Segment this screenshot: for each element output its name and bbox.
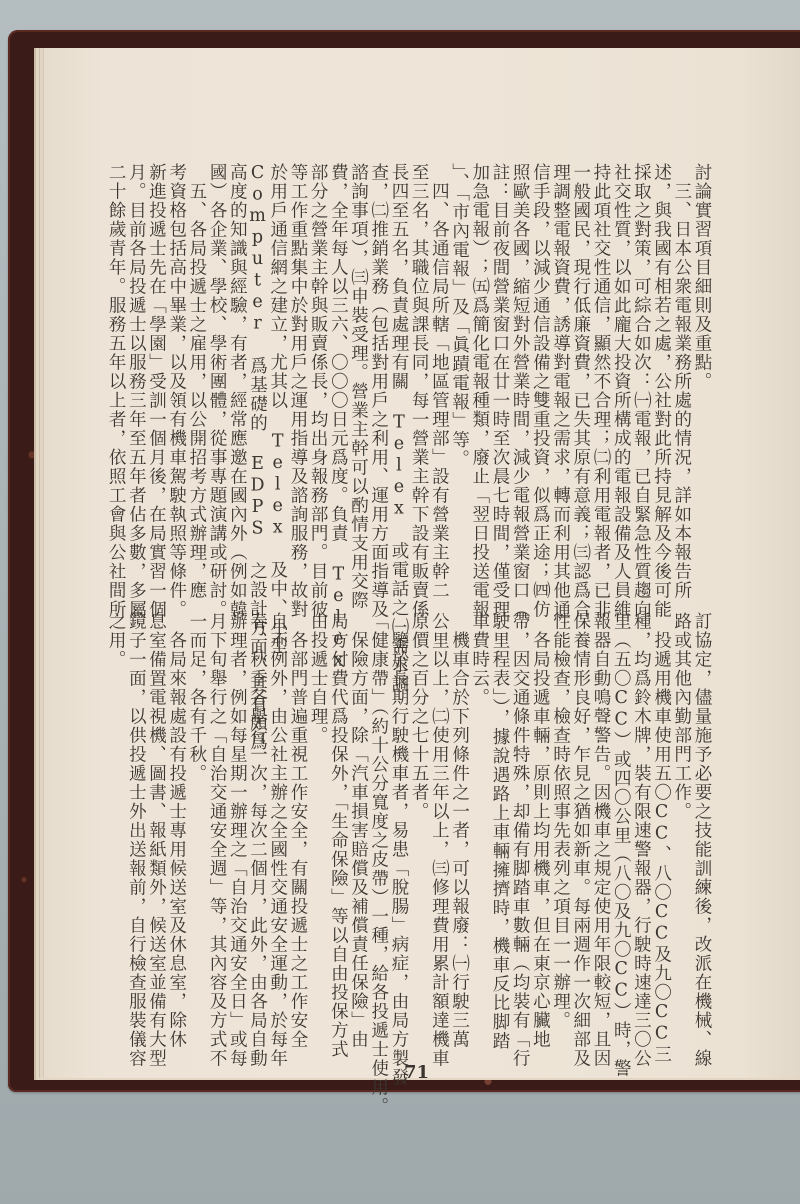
text-column: 討論實習項目細則及重點。 — [692, 163, 712, 593]
text-column: 各局來報處設有投遞士專用候送室及休息室，除休 — [167, 612, 187, 1052]
text-column: 考資格包括高中畢業，以及領有機車駕駛執照等條件。 — [167, 163, 187, 593]
text-column: 一而足，各有千秋。 — [187, 612, 207, 1052]
text-column: 」、「市內電報」及「眞蹟電報」等。 — [449, 163, 469, 593]
text-column: 帶，因交通條件特殊，却備有脚踏車數輛（均裝有「行 — [510, 612, 530, 1052]
text-column: 於用戶通信網之建立，尤其以 Telex 及中、小型 — [268, 163, 288, 593]
text-column: 二十餘歲青年。服務五年以上者，依照工會與公社間所 — [106, 163, 126, 593]
text-column: 各局投遞車輛，原則上均用機車，但在東京心臟地 — [530, 612, 550, 1052]
text-column: 一般國民，現行低廉資費，已失其原有意義；㈢認爲合 — [571, 163, 591, 593]
text-column: 保險方面，除「汽車損害賠償及補償責任保險」由 — [348, 612, 368, 1052]
text-column: 採取之對策，可綜合如次：㈠電報，已自緊急性質趨向 — [631, 163, 651, 593]
text-column: 等工作重點集中於對用戶之運用指導及諮詢服務，故對 — [288, 163, 308, 593]
text-column: 機車合於下列條件之一者，可以報廢：㈠行駛三萬 — [449, 612, 469, 1052]
text-column: 信手段，以減少通信設備之雙重投資，似爲正途；㈣仿 — [530, 163, 550, 593]
text-column: 種，均爲鈴木牌，裝有限速警報器，行駛時速達三〇公 — [631, 612, 651, 1052]
text-column: 持此項社交性通信，顯然不合理；㈡利用電報者，已非 — [591, 163, 611, 593]
text-column: 長四至五名，負責處理有關 Telex 或電話之㈠需求調 — [389, 163, 409, 593]
text-column: 述，與我國有相若之處，公社對此所持見解及今後可能 — [651, 163, 671, 593]
text-column: 「健康帶」（約十公分寬度之皮帶）一種，給各投遞士使用。 — [369, 612, 389, 1052]
text-column: 之用。 — [106, 612, 126, 1052]
text-column: 社交性質，以如此龐大投資所構成的電報設備及人員維 — [611, 163, 631, 593]
text-column: 自不例外，由公社主辦之全國性交通安全運動，於每年 — [268, 612, 288, 1052]
text-column: 鏡子一面，以供投遞士外出送報前，自行檢查服裝儀容 — [126, 612, 146, 1052]
text-column: 鑒於長期行駛機車者，易患「脫腸」病症，由局方製發 — [389, 612, 409, 1052]
text-column: 訂協定，儘量施予必要之技能訓練後，改派在機械、線 — [692, 612, 712, 1052]
text-column: 性能檢查，檢查時依照事先表列之項目一一辦理。 — [550, 612, 570, 1052]
text-column: 辦理者，例如每星期一辦理之「自治交通安全日」或每 — [227, 612, 247, 1052]
text-column: 由投遞士自理。 — [308, 612, 328, 1052]
text-column: 部分之營業主幹與販賣係長，均出身報務部門。目前彼 — [308, 163, 328, 593]
text-column: 路或其他內勤部門工作。 — [672, 612, 692, 1052]
text-column: 諮詢事項），㈢申裝受理。營業主幹可以酌情支用交際 — [348, 163, 368, 593]
text-column: 月下旬舉行之「自治交通安全週」等，其內容及方式不 — [207, 612, 227, 1052]
text-column: 查，㈡推銷業務（包括對用戶之利用、運用方面指導及 — [369, 163, 389, 593]
text-column: 原價之百分之七十五者。 — [409, 612, 429, 1052]
lower-text-block: 訂協定，儘量施予必要之技能訓練後，改派在機械、線路或其他內勤部門工作。 投遞用機… — [106, 612, 712, 1052]
text-column: 月。目前各局投遞士以服務三年至五年者佔多數，多屬 — [126, 163, 146, 593]
text-column: 息室備置電視機、圖書、報紙類外，候送室並備有大型 — [146, 612, 166, 1052]
text-column: 車費時云。 — [470, 612, 490, 1052]
page-number: 71 — [404, 1062, 429, 1083]
text-column: 高度的知識與經驗，有者，經常應邀在國內外（例如韓 — [227, 163, 247, 593]
text-column: 四、各通信局所轄「地區管理部」設有營業主幹二 — [429, 163, 449, 593]
text-column: 註：目前夜間營業窗口在廿一時至次晨七時間，僅受理 — [490, 163, 510, 593]
text-column: 五、各局投遞士之雇用，以公開招考方式辦理，應 — [187, 163, 207, 593]
text-column: 投遞用機車使用五〇CC、八〇CC及九〇CC三 — [651, 612, 671, 1052]
text-column: 里（五〇CC）或四〇公里（八〇及九〇CC）時，警 — [611, 612, 631, 1052]
text-column: 保養情形良好，乍見之猶如新車。每兩週作一次細部及 — [571, 612, 591, 1052]
text-column: Computer 爲基礎的 EDPS 之設計方面，具有頗爲 — [247, 163, 267, 593]
text-column: 新進投遞士先在「學園」受訓一個月後，在局實習一個 — [146, 163, 166, 593]
text-column: 局方付費代爲投保外，「生命保險」等以自由投保方式 — [328, 612, 348, 1052]
text-column: 費，全年每人以三六、〇〇〇日元爲度。負責 Telex — [328, 163, 348, 593]
text-column: 加急電報）；㈤爲簡化電報種類，廢止「翌日投送電報 — [470, 163, 490, 593]
text-column: 三、日本公衆電報業務所處的情況，詳如本報告所 — [672, 163, 692, 593]
text-column: 春、秋季各舉行一次，每次二個月，此外，由各局自動 — [247, 612, 267, 1052]
text-column: 國）各企業、學校、學術團體，從事專題演講或研討。 — [207, 163, 227, 593]
text-column: 公里以上，㈡使用三年以上，㈢修理費用累計額達機車 — [429, 612, 449, 1052]
text-column: 照歐美各國，縮短對外營業時間，減少電報營業窗口（ — [510, 163, 530, 593]
text-column: 至三名，其職位與課長同，每一營業主幹下設有販賣係 — [409, 163, 429, 593]
text-column: 理調整電報資費，誘導對電報之需求，轉而利用其他通 — [550, 163, 570, 593]
text-column: 報器自動鳴聲警告。因機車之規定使用年限較短，且因 — [591, 612, 611, 1052]
text-column: 各部門普遍重視工作安全，有關投遞士之工作安全 — [288, 612, 308, 1052]
upper-text-block: 討論實習項目細則及重點。 三、日本公衆電報業務所處的情況，詳如本報告所述，與我國… — [106, 163, 712, 593]
text-column: 駛里程表」），據說遇路上車輛擁擠時，機車反比脚踏 — [490, 612, 510, 1052]
